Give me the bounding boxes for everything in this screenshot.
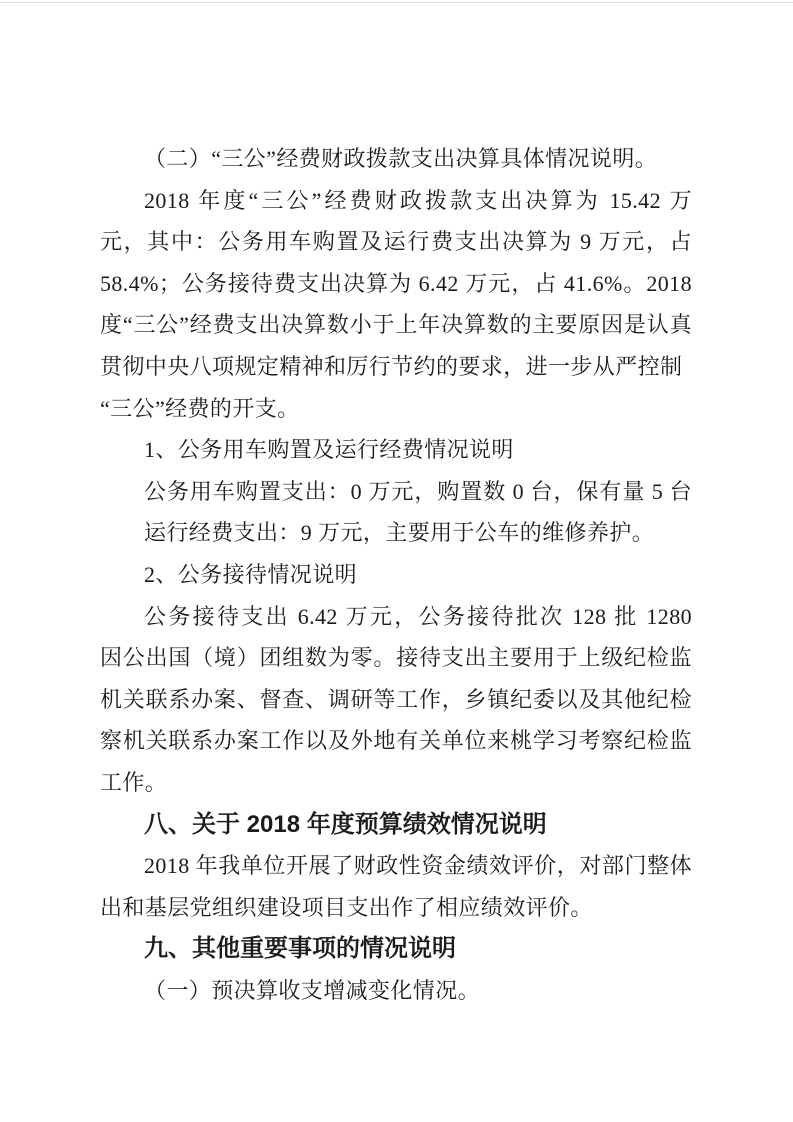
- section-heading-9: 九、其他重要事项的情况说明: [100, 928, 692, 970]
- page-top-rule: [0, 2, 793, 3]
- body-line: 公务接待支出 6.42 万元，公务接待批次 128 批 1280 人，: [100, 596, 692, 638]
- body-line: 58.4%；公务接待费支出决算为 6.42 万元，占 41.6%。2018 年: [100, 263, 692, 305]
- body-line: 察机关联系办案工作以及外地有关单位来桃学习考察纪检监察: [100, 720, 692, 762]
- body-line: 公务用车购置支出：0 万元，购置数 0 台，保有量 5 台 ；: [100, 471, 692, 513]
- subheading-vehicle: 1、公务用车购置及运行经费情况说明: [100, 429, 692, 471]
- subheading-reception: 2、公务接待情况说明: [100, 554, 692, 596]
- section-heading-8: 八、关于 2018 年度预算绩效情况说明: [100, 804, 692, 846]
- document-page: （二）“三公”经费财政拨款支出决算具体情况说明。 2018 年度“三公”经费财政…: [0, 0, 793, 1122]
- body-line: 因公出国（境）团组数为零。接待支出主要用于上级纪检监察: [100, 637, 692, 679]
- body-line: 出和基层党组织建设项目支出作了相应绩效评价。: [100, 887, 692, 929]
- body-line: 度“三公”经费支出决算数小于上年决算数的主要原因是认真: [100, 304, 692, 346]
- body-line: “三公”经费的开支。: [100, 388, 692, 430]
- body-line: 机关联系办案、督查、调研等工作，乡镇纪委以及其他纪检监: [100, 679, 692, 721]
- body-line: 2018 年度“三公”经费财政拨款支出决算为 15.42 万: [100, 180, 692, 222]
- document-body: （二）“三公”经费财政拨款支出决算具体情况说明。 2018 年度“三公”经费财政…: [100, 138, 692, 1011]
- body-line: 元，其中：公务用车购置及运行费支出决算为 9 万元，占: [100, 221, 692, 263]
- body-line: 工作。: [100, 762, 692, 804]
- subsection-heading-1: （一）预决算收支增减变化情况。: [100, 970, 692, 1012]
- subsection-heading-2: （二）“三公”经费财政拨款支出决算具体情况说明。: [100, 138, 692, 180]
- body-line: 运行经费支出：9 万元，主要用于公车的维修养护。: [100, 512, 692, 554]
- body-line: 贯彻中央八项规定精神和厉行节约的要求，进一步从严控制: [100, 346, 692, 388]
- body-line: 2018 年我单位开展了财政性资金绩效评价，对部门整体支: [100, 845, 692, 887]
